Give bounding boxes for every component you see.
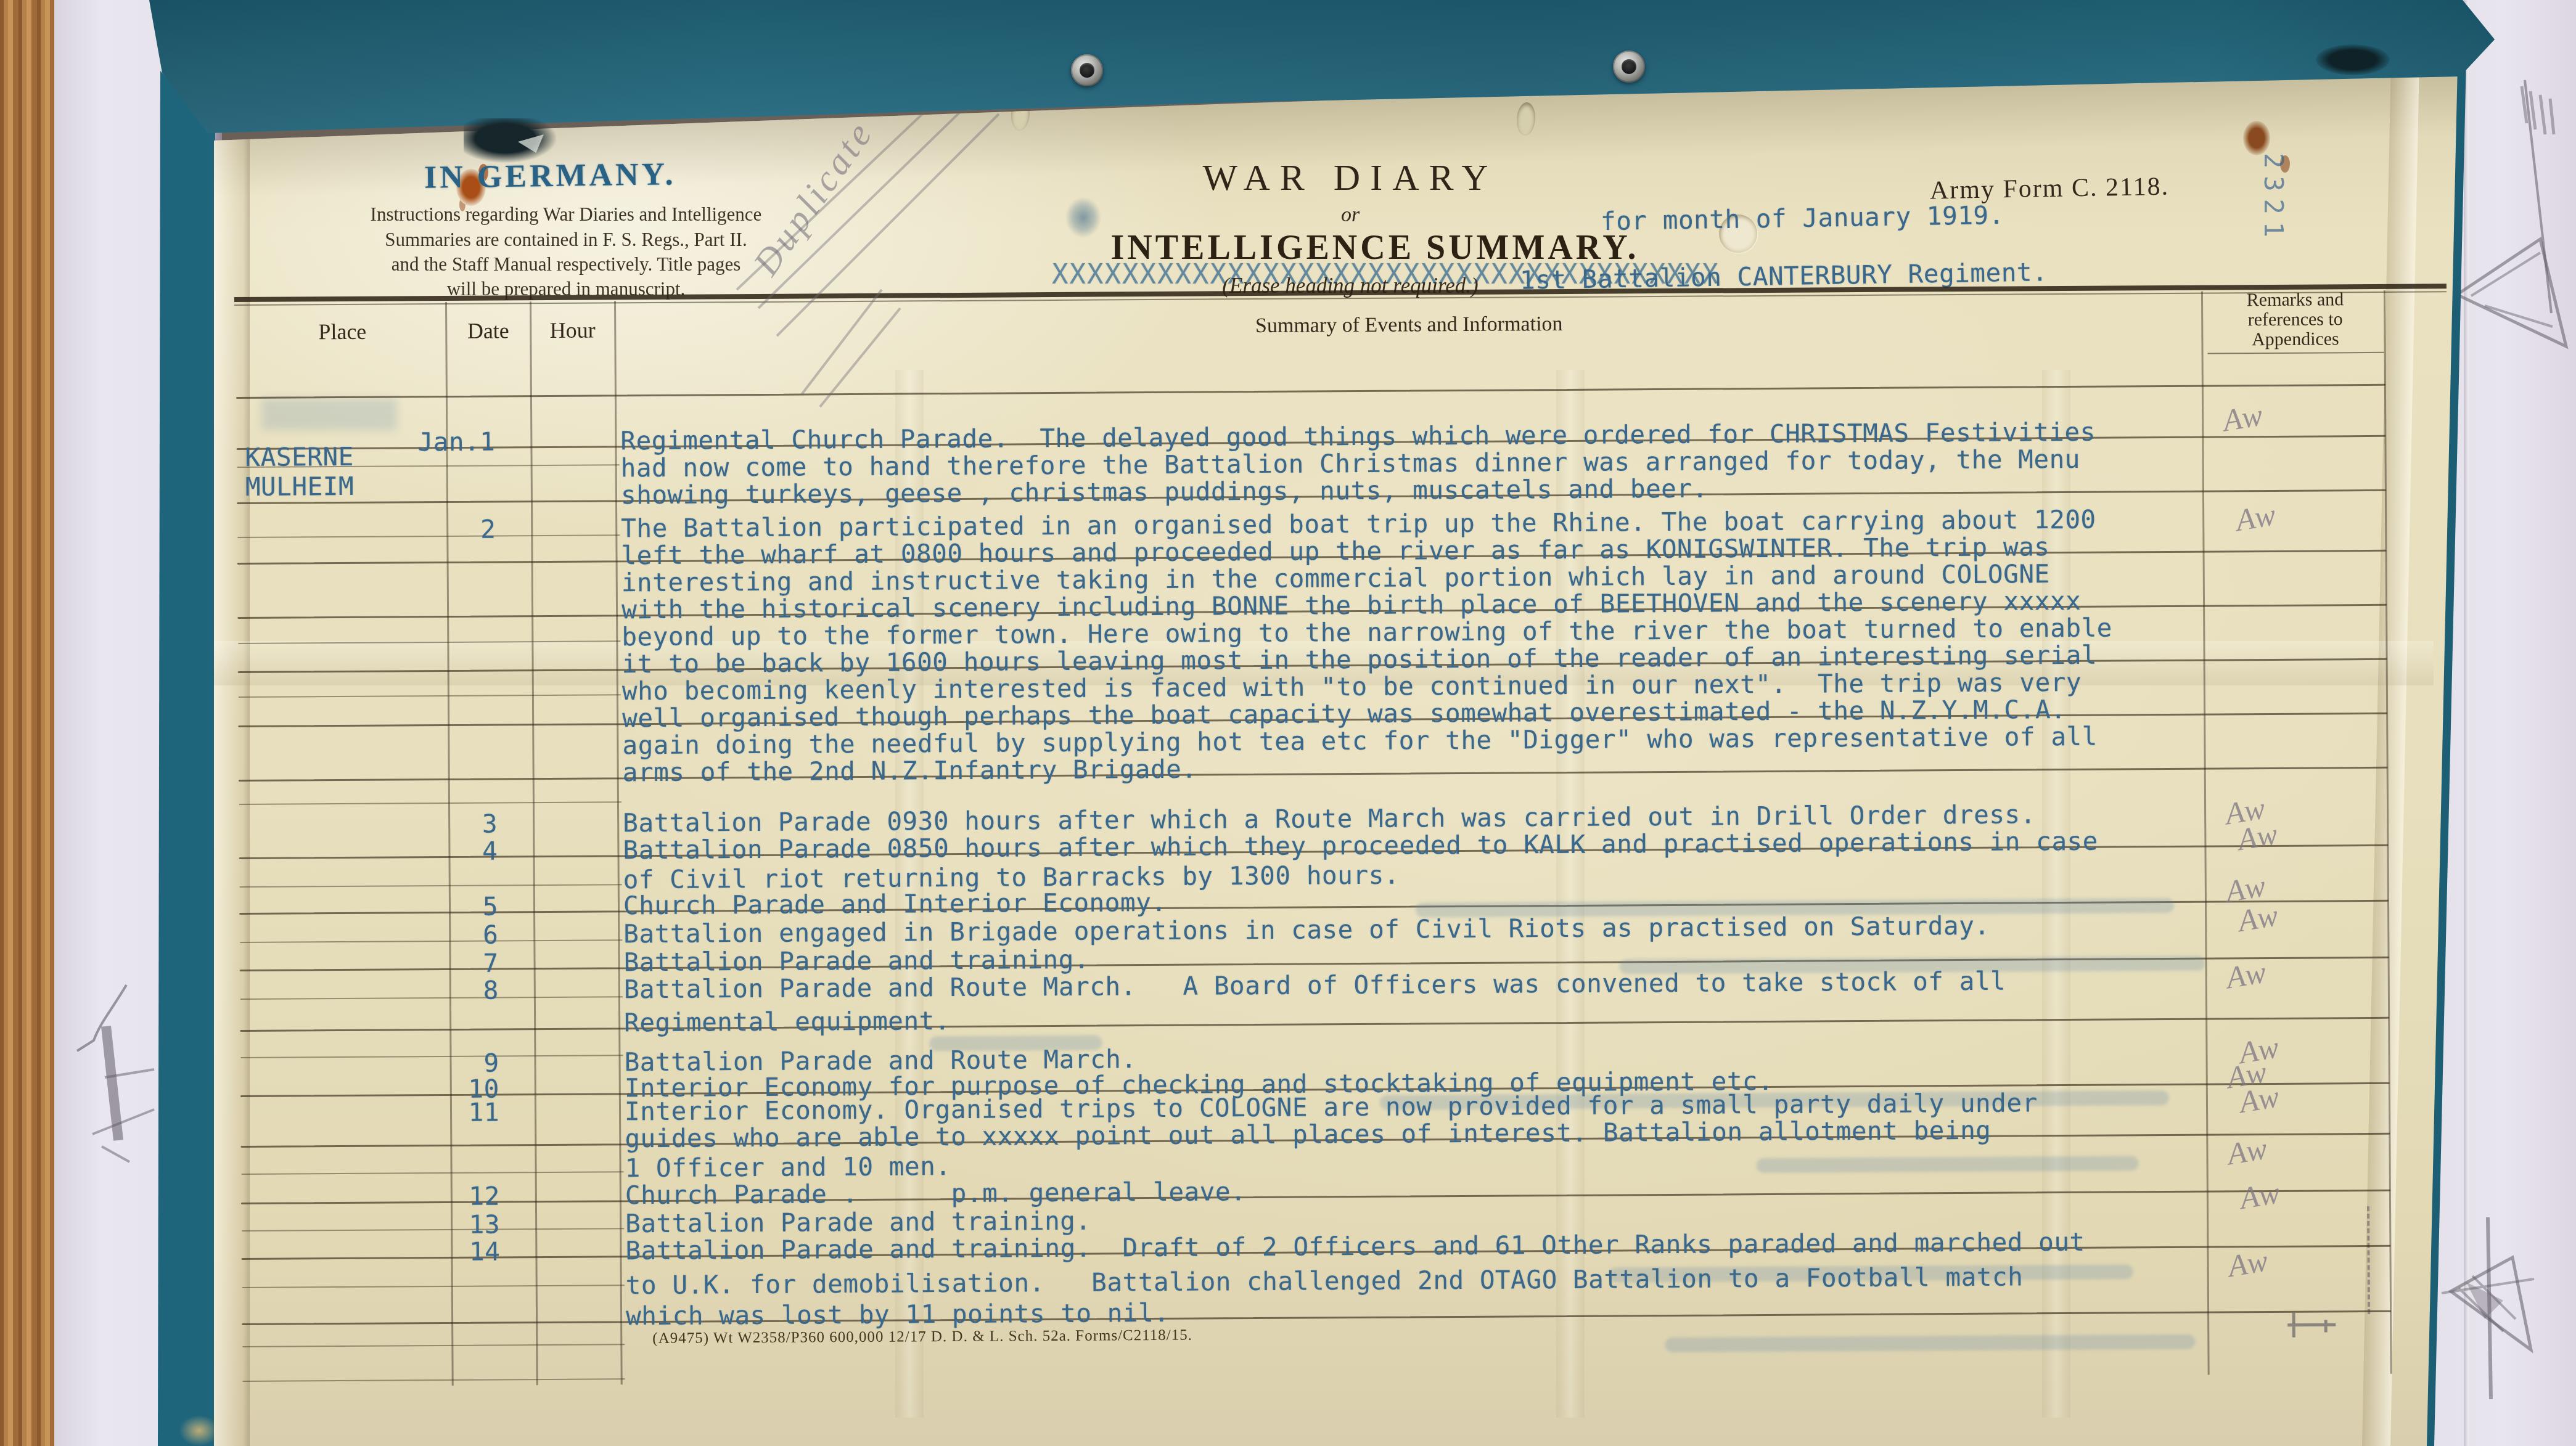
column-line [2384, 290, 2392, 1374]
date-cell: 13 [394, 1210, 500, 1240]
row-rule-left [242, 1344, 625, 1347]
date-cell: 2 [390, 515, 496, 545]
torn-notch [2316, 44, 2390, 75]
remarks-initial: Aw [2238, 1174, 2284, 1216]
date-cell: 4 [392, 836, 498, 867]
diary-line: Regimental equipment. [624, 1006, 950, 1037]
date-cell: 7 [392, 949, 498, 979]
ghost-text-offset [1665, 1334, 2195, 1352]
remarks-initial: Aw [2235, 815, 2282, 857]
row-rule-line [239, 767, 2388, 782]
row-rule-line [236, 384, 2385, 399]
column-line [2201, 292, 2210, 1375]
pencil-tick [2283, 1306, 2344, 1344]
diary-line: showing turkeys, geese , christmas puddi… [621, 474, 1708, 510]
place-text: MULHEIM [245, 472, 355, 502]
place-text: KASERNE [245, 442, 354, 472]
torn-hole [464, 118, 556, 163]
row-rule-left [239, 801, 621, 805]
scene: IN GERMANY. Instructions regarding War D… [0, 0, 2576, 1446]
date-cell: Jan.1 [389, 427, 495, 457]
diary-line: to U.K. for demobilisation. Battalion ch… [626, 1262, 2024, 1300]
remarks-initial: Aw [2233, 496, 2280, 538]
date-cell: 3 [392, 809, 498, 839]
diary-line: which was lost by 11 points to nil. [626, 1298, 1170, 1331]
row-rule-left [242, 1285, 625, 1288]
date-cell: 11 [393, 1098, 499, 1128]
date-cell: 8 [393, 976, 499, 1006]
remarks-initial: Aw [2225, 1242, 2272, 1284]
pencil-dashed-line [2367, 1206, 2370, 1314]
remarks-initial: Aw [2223, 954, 2270, 995]
eyelet-grommet [1071, 54, 1103, 86]
document-sheet: IN GERMANY. Instructions regarding War D… [0, 0, 2576, 1446]
remarks-initial: Aw [2225, 1130, 2271, 1172]
row-rule-left [242, 1171, 624, 1175]
date-cell: 14 [394, 1237, 500, 1267]
column-header-summary: Summary of Events and Information [987, 311, 1831, 339]
folder-tear-bottom [179, 1415, 219, 1446]
remarks-header-underline [2208, 352, 2384, 354]
diary-line: Church Parade . p.m. general leave. [625, 1177, 1247, 1210]
column-header-remarks: references to [2204, 309, 2386, 331]
date-cell: 5 [392, 892, 498, 922]
column-line [530, 301, 538, 1385]
column-header-date: Date [446, 317, 530, 344]
column-header-remarks: Remarks and [2204, 289, 2386, 311]
row-rule-line [240, 1017, 2389, 1032]
remarks-initial: Aw [2236, 897, 2283, 939]
row-rule-line [242, 1310, 2391, 1325]
date-cell: 12 [394, 1182, 500, 1212]
table-area: Place Date Hour Summary of Events and In… [0, 0, 2576, 1446]
date-cell: 6 [392, 920, 498, 950]
ghost-text-offset [1757, 1156, 2139, 1173]
eyelet-grommet [1613, 51, 1645, 83]
column-header-hour: Hour [530, 317, 615, 343]
row-rule-left [239, 694, 621, 698]
diary-line: arms of the 2nd N.Z.Infantry Brigade. [623, 754, 1197, 788]
row-rule-left [243, 1378, 625, 1382]
column-header-place: Place [271, 318, 413, 345]
pencil-sketch-right-bottom [2429, 1196, 2576, 1442]
diary-line: Church Parade and Interior Economy. [623, 888, 1167, 920]
column-header-remarks: Appendices [2204, 329, 2386, 351]
row-rule-left [238, 640, 620, 644]
row-rule-left [240, 884, 622, 888]
remarks-initial: Aw [2237, 1078, 2284, 1120]
row-rule-line [241, 1190, 2390, 1204]
remarks-initial: Aw [2220, 396, 2267, 438]
